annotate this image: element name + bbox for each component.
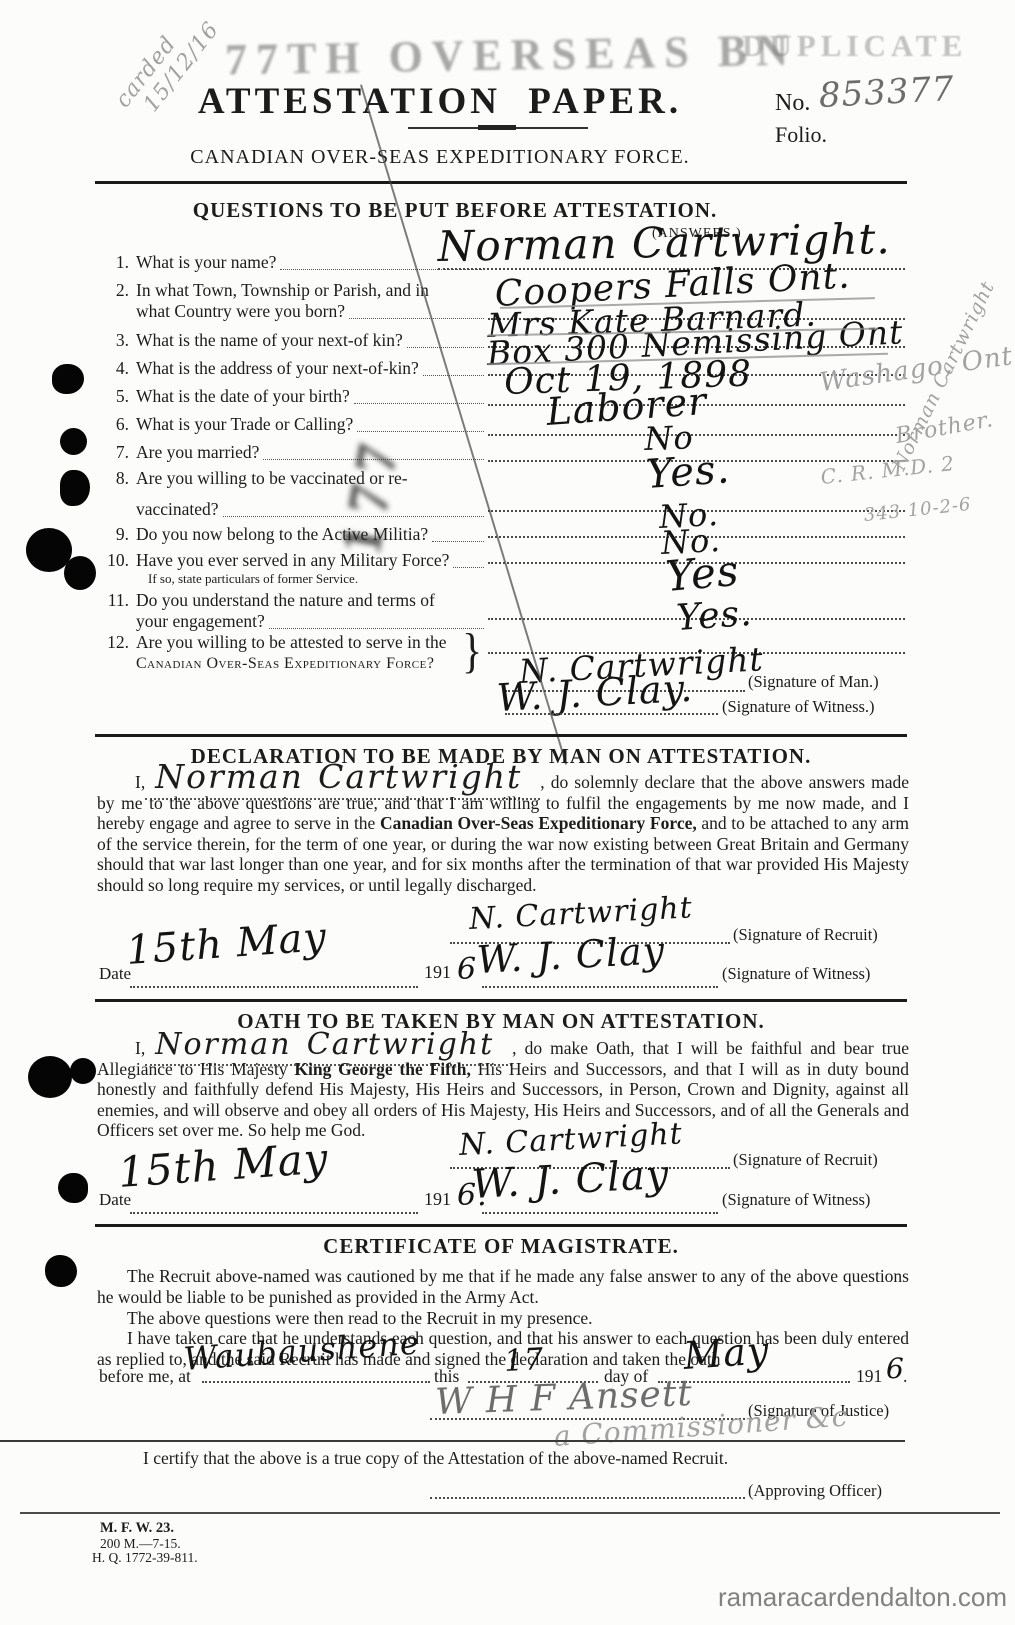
oath-date-handwriting: 15th May — [117, 1133, 330, 1197]
ink-blot — [60, 470, 90, 506]
oath-year-printed: 191 — [424, 1189, 451, 1210]
question-number: 11. — [106, 590, 136, 611]
ink-blot — [28, 1056, 72, 1098]
dotted-leader — [407, 347, 484, 348]
dotted-leader — [269, 628, 484, 629]
oath-body-bold: King George the Fifth, — [294, 1059, 470, 1079]
ink-blot — [58, 1173, 88, 1203]
declaration-recruit-label: (Signature of Recruit) — [733, 925, 878, 945]
question-number: 7. — [106, 442, 136, 463]
oath-recruit-label: (Signature of Recruit) — [733, 1150, 878, 1170]
oath-witness-signature: W. J. Clay — [471, 1152, 671, 1208]
divider-certificate — [95, 1224, 907, 1227]
declaration-date-line — [130, 986, 418, 988]
title-underline-center — [478, 125, 516, 130]
certificate-year-handwriting: 6 — [886, 1352, 905, 1385]
declaration-date-label: Date — [99, 964, 131, 984]
ink-blot — [64, 556, 96, 590]
question-row-5: 5. What is the date of your birth? — [106, 386, 486, 407]
margin-pencil-md2: C. R. M.D. 2 — [819, 451, 955, 489]
answer-line-6 — [488, 434, 905, 436]
signature-of-man-label: (Signature of Man.) — [748, 672, 879, 692]
place-line — [202, 1381, 430, 1383]
website-watermark: ramaracardendalton.com — [718, 1582, 1007, 1613]
question-number: 10. — [106, 550, 136, 571]
declaration-paragraph: I,Norman Cartwright, do solemnly declare… — [97, 772, 909, 895]
question-text-line2: Canadian Over-Seas Expeditionary Force? — [136, 653, 434, 674]
question-row-1: 1. What is your name? — [106, 252, 486, 273]
question-row-3: 3. What is the name of your next-of kin? — [106, 330, 486, 351]
ink-blot — [60, 428, 87, 455]
declaration-year-printed: 191 — [424, 962, 451, 983]
certificate-para1: The Recruit above-named was cautioned by… — [97, 1266, 909, 1307]
answer-understand: Yes — [664, 546, 741, 601]
question-text: What is your Trade or Calling? — [136, 414, 353, 435]
declaration-witness-signature: W. J. Clay — [476, 928, 666, 982]
no-label: No. — [775, 90, 810, 117]
dotted-leader — [432, 541, 484, 542]
answer-willing-attested: Yes. — [675, 593, 754, 639]
certificate-year-printed: 191 — [856, 1366, 882, 1387]
certificate-heading: CERTIFICATE OF MAGISTRATE. — [95, 1234, 907, 1259]
oath-witness-line — [482, 1212, 718, 1214]
certificate-para2: The above questions were then read to th… — [97, 1308, 909, 1329]
question-number: 8. — [106, 468, 136, 489]
question-number: 5. — [106, 386, 136, 407]
declaration-date-handwriting: 15th May — [125, 914, 329, 974]
question-12-brace: } — [462, 624, 482, 679]
day-handwriting: 17 — [503, 1342, 545, 1379]
duplicate-stamp: DUPLICATE — [742, 28, 967, 64]
declaration-intro: I, — [135, 772, 145, 792]
question-text: In what Town, Township or Parish, and in — [136, 280, 429, 301]
question-row-4: 4. What is the address of your next-of-k… — [106, 358, 486, 379]
question-10-note: If so, state particulars of former Servi… — [148, 571, 486, 586]
question-text-line2: your engagement? — [136, 611, 265, 632]
declaration-year-handwriting: 6 — [457, 952, 477, 987]
oath-date-line — [130, 1212, 418, 1214]
oath-witness-label: (Signature of Witness) — [722, 1190, 870, 1210]
form-number: M. F. W. 23. — [100, 1520, 174, 1537]
question-number: 6. — [106, 414, 136, 435]
approving-officer-label: (Approving Officer) — [748, 1481, 882, 1501]
month-handwriting: May — [682, 1328, 771, 1378]
question-number: 1. — [106, 252, 136, 273]
question-number: 2. — [106, 280, 136, 301]
question-row-8: 8. Are you willing to be vaccinated or r… — [106, 468, 486, 520]
question-row-6: 6. What is your Trade or Calling? — [106, 414, 486, 435]
question-text: Have you ever served in any Military For… — [136, 550, 449, 571]
dotted-leader — [349, 318, 484, 319]
question-text-line2: what Country were you born? — [136, 301, 345, 322]
question-row-10: 10. Have you ever served in any Military… — [106, 550, 486, 586]
question-text: What is the name of your next-of kin? — [136, 330, 403, 351]
ink-blot — [52, 364, 84, 394]
question-number: 4. — [106, 358, 136, 379]
signature-of-witness-label: (Signature of Witness.) — [722, 697, 875, 717]
before-me-label: before me, at — [99, 1366, 191, 1387]
divider-oath — [95, 999, 907, 1002]
ink-blot — [70, 1058, 96, 1084]
overseas-battalion-stamp: 77TH OVERSEAS BN — [225, 26, 726, 86]
hq-code: H. Q. 1772-39-811. — [92, 1550, 198, 1566]
certify-line: I certify that the above is a true copy … — [143, 1448, 728, 1469]
question-row-11: 11. Do you understand the nature and ter… — [106, 590, 486, 632]
approving-officer-line — [430, 1497, 745, 1499]
ink-blot — [45, 1255, 77, 1287]
divider-certify — [0, 1440, 905, 1442]
oath-intro: I, — [135, 1038, 145, 1058]
question-row-9: 9. Do you now belong to the Active Milit… — [106, 524, 486, 545]
folio-label: Folio. — [775, 122, 827, 148]
question-number: 12. — [106, 632, 136, 653]
question-row-12: 12. Are you willing to be attested to se… — [106, 632, 486, 674]
dotted-leader — [453, 567, 484, 568]
declaration-witness-line — [482, 986, 718, 988]
question-number: 9. — [106, 524, 136, 545]
divider-declaration — [95, 734, 907, 737]
question-text: What is the date of your birth? — [136, 386, 350, 407]
signature-of-witness-line — [505, 713, 718, 715]
question-text: What is your name? — [136, 252, 276, 273]
margin-pencil-brother: Brother. — [894, 407, 996, 449]
page-title: ATTESTATION PAPER. — [95, 80, 785, 123]
declaration-body-bold: Canadian Over-Seas Expeditionary Force, — [380, 813, 697, 833]
regimental-number-handwritten: 853377 — [818, 69, 956, 116]
question-text-line2: vaccinated? — [136, 499, 219, 520]
question-text: Are you willing to be attested to serve … — [136, 632, 447, 653]
question-row-7: 7. Are you married? — [106, 442, 486, 463]
margin-pencil-number: 343 10-2-6 — [863, 494, 973, 526]
attestation-paper-scan: 77TH OVERSEAS BN DUPLICATE carded 15/12/… — [0, 0, 1015, 1625]
question-text: Are you married? — [136, 442, 259, 463]
signature-of-witness-handwriting: W. J. Clay. — [496, 666, 694, 720]
dotted-leader — [423, 375, 484, 376]
question-text: Do you understand the nature and terms o… — [136, 590, 435, 611]
certificate-year-period: . — [903, 1366, 907, 1387]
question-number: 3. — [106, 330, 136, 351]
answer-vaccinated: Yes. — [645, 446, 732, 498]
force-subtitle: CANADIAN OVER-SEAS EXPEDITIONARY FORCE. — [95, 146, 785, 169]
divider-footer — [20, 1512, 1000, 1514]
divider-top — [95, 181, 907, 184]
declaration-witness-label: (Signature of Witness) — [722, 964, 870, 984]
